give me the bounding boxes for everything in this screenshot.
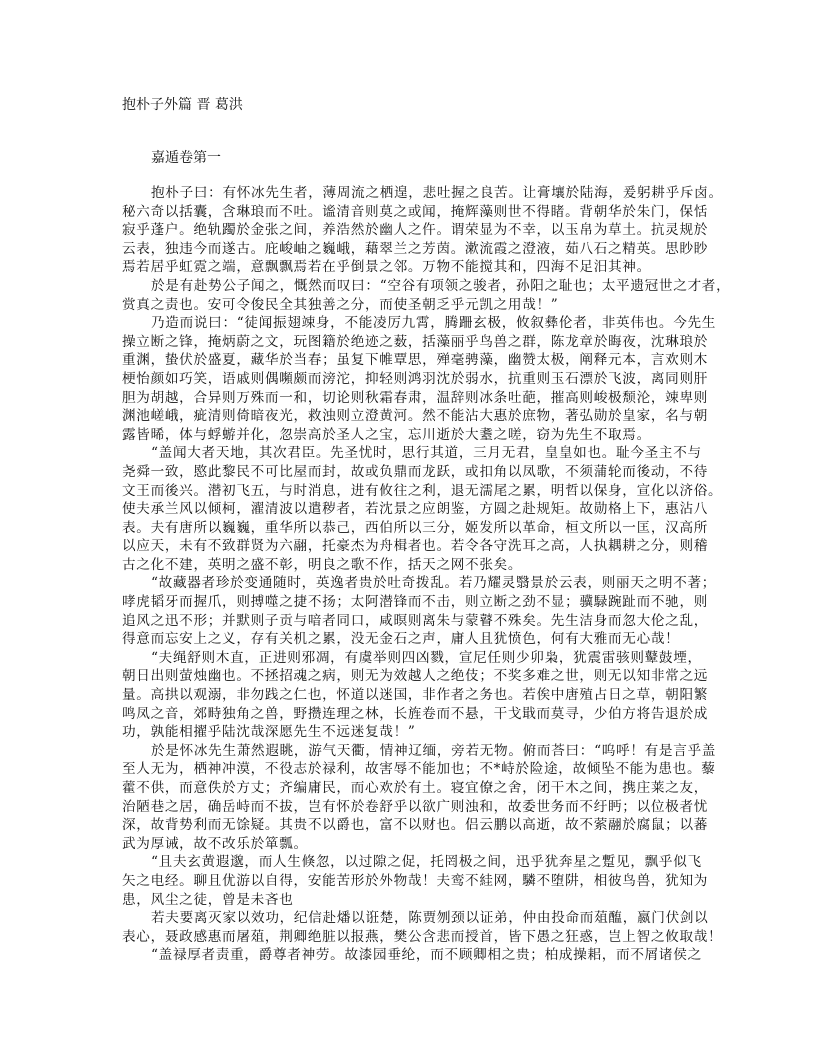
paragraph-first-line: “夫绳舒则木直，正进则邪凋，有虞举则四凶戮，宣尼任则少卯枭，犹震雷骇则鼙鼓堙， <box>122 649 702 668</box>
paragraph-first-line: 於是有赴势公子闻之，慨然而叹曰：“空谷有项领之骏者，孙阳之耻也；太平遗冠世之才者… <box>122 277 702 296</box>
paragraph-first-line: “且夫玄黄遐邈，而人生倏忽，以过隙之促，托罔极之间，迅乎犹奔星之蹔见，飘乎似飞 <box>122 853 702 872</box>
text-line: 治陋巷之居，确岳峙而不拔，岂有怀於卷舒乎以欲广则浊和，故委世务而不纡眄；以位极者… <box>122 798 702 817</box>
text-line: 赏真之责也。安可令俊民全其独善之分，而使圣朝乏乎元凯之用哉！” <box>122 296 702 315</box>
text-line: 梗怡颜如巧笑，语戚则偶嚬颇而滂沱，抑轻则鸿羽沈於弱水，抗重则玉石漂於飞波，离同则… <box>122 370 702 389</box>
text-line: 渊池嵯峨，疵清则倚暗夜光，救浊则立澄黄河。然不能沾大惠於庶物，著弘勋於皇家，名与… <box>122 407 702 426</box>
text-line: 量。高拱以观溺，非勿践之仁也，怀道以迷国，非作者之务也。若俟中唐殖占日之草，朝阳… <box>122 686 702 705</box>
text-line: 寂乎蓬户。绝轨躅於金张之间，养浩然於幽人之仵。谓荣显为不幸，以玉帛为草土。抗灵规… <box>122 221 702 240</box>
text-line: 鸣凤之音，郊畤独角之兽，野攒连理之林，长旌卷而不悬，干戈戢而莫寻，少伯方将告退於… <box>122 705 702 724</box>
paragraph-first-line: 於是怀冰先生萧然遐眺，游气天衢，情神辽缅，旁若无物。俯而荅曰：“呜呼！有是言乎盖 <box>122 742 702 761</box>
text-line: 藿不供，而意佚於方丈；齐编庸民，而心欢於有土。寝宜僚之舍，闭干木之间，携庄莱之友… <box>122 779 702 798</box>
text-line: 文王而後兴。潜初飞五，与时消息，进有攸往之利，退无濡尾之累，明哲以保身，宣化以济… <box>122 482 702 501</box>
paragraph-first-line: 抱朴子曰：有怀冰先生者，薄周流之栖遑，悲吐握之良苦。让膏壤於陆海，爰躬耕乎斥卤。 <box>122 184 702 203</box>
text-line: 露皆晞，体与蜉蝣并化，忽崇高於圣人之宝，忘川逝於大耋之嗟，窃为先生不取焉。 <box>122 426 702 445</box>
text-line: 重渊，蛰伏於盛夏，藏华於当春；虽复下帷覃思，殚毫骋藻，幽赞太极，阐释元本，言欢则… <box>122 351 702 370</box>
text-line: 秘六奇以括囊，含琳琅而不吐。谧清音则莫之或闻，掩辉藻则世不得睹。背朝华於朱门，保… <box>122 203 702 222</box>
text-line: 深，故背势利而无馀疑。其贵不以爵也，富不以财也。侣云鹏以高逝，故不萦翮於腐鼠；以… <box>122 816 702 835</box>
text-line: 表。夫有唐所以巍巍，重华所以恭己，西伯所以三分，姬发所以革命，桓文所以一匡，汉高… <box>122 519 702 538</box>
document-page: 抱朴子外篇 晋 葛洪 嘉遁卷第一 抱朴子曰：有怀冰先生者，薄周流之栖遑，悲吐握之… <box>0 0 816 1056</box>
text-line: 操立断之锋，掩炳蔚之文，玩图籍於绝迹之薮，括藻丽乎鸟兽之群，陈龙章於晦夜，沈琳琅… <box>122 333 702 352</box>
text-line: 云表，独违今而遂古。庇峻岫之巍峨，藉翠兰之芳茵。漱流霞之澄液，茹八石之精英。思眇… <box>122 240 702 259</box>
paragraph-first-line: 若夫要离灭家以效功，纪信赴燔以诳楚，陈贾刎颈以证弟，仲由投命而葅醢，嬴门伏剑以 <box>122 909 702 928</box>
text-line: 朝日出则萤烛幽也。不拯招魂之病，则无为效越人之绝伎；不奖多难之世，则无以知非常之… <box>122 667 702 686</box>
text-line: 至人无为，栖神冲漠，不役志於禄利，故害辱不能加也；不*峙於险途，故倾坠不能为患也… <box>122 760 702 779</box>
text-line: 得意而忘安上之义，存有关机之累，没无金石之声，庸人且犹愤色，何有大雅而无心哉！ <box>122 630 702 649</box>
text-line: 胆为胡越，合异则万殊而一和，切论则秋霜春肃，温辞则冰条吐葩，摧高则峻极颓沦，竦卑… <box>122 389 702 408</box>
paragraph-first-line: “盖禄厚者责重，爵尊者神劳。故漆园垂纶，而不顾卿相之贵；柏成操耜，而不屑诸侯之 <box>122 946 702 965</box>
document-title: 抱朴子外篇 晋 葛洪 <box>122 96 243 114</box>
section-heading: 嘉遁卷第一 <box>151 149 221 167</box>
text-line: 焉若居乎虹霓之端，意飘飘焉若在乎倒景之邻。万物不能搅其和，四海不足汨其神。 <box>122 258 702 277</box>
paragraph-first-line: 乃造而说曰：“徒闻振翅竦身，不能凌厉九霄，腾跚玄极，攸叙彝伦者，非英伟也。今先生 <box>122 314 702 333</box>
paragraph-first-line: “盖闻大者天地，其次君臣。先圣忧时，思行其道，三月无君，皇皇如也。耻今圣主不与 <box>122 444 702 463</box>
text-line: 古之化不建，英明之盛不彰，明良之歌不作，括天之网不张矣。 <box>122 556 702 575</box>
text-line: 武为厚诫，故不改乐於箪瓢。 <box>122 835 702 854</box>
text-line: 尧舜一致，愍此黎民不可比屋而封，故或负鼎而龙跃，或扣角以凤歌，不须蒲轮而後动，不… <box>122 463 702 482</box>
text-line: 以应天，未有不致群贤为六翮，托豪杰为舟楫者也。若令各守洗耳之高，人执耦耕之分，则… <box>122 537 702 556</box>
text-line: 表心，聂政感惠而屠葅，荆卿绝脏以报燕，樊公含悲而授首，皆下愚之狂惑，岂上智之攸取… <box>122 928 702 947</box>
text-line: 功，孰能相擢乎陆沈哉深愿先生不远迷复哉！” <box>122 723 702 742</box>
text-line: 使夫承兰风以倾柯，濯清波以遣秽者，若沈景之应朗鉴，方圆之赴规矩。故勋格上下，惠沾… <box>122 500 702 519</box>
paragraph-first-line: “故藏器者珍於变通随时，英逸者贵於吐奇拨乱。若乃耀灵翳景於云表，则丽天之明不著； <box>122 574 702 593</box>
text-line: 哮虎韬牙而握爪，则搏噬之捷不扬；太阿潜锋而不击，则立断之劲不显；骥騄踠趾而不驰，… <box>122 593 702 612</box>
text-line: 追风之迅不形；并默则子贡与喑者同口，咸暝则离朱与蒙瞽不殊矣。先生洁身而忽大伦之乱… <box>122 612 702 631</box>
text-line: 矢之电经。聊且优游以自得，安能苦形於外物哉！夫鸾不絓网，驎不堕阱，相彼鸟兽，犹知… <box>122 872 702 891</box>
body-text: 抱朴子曰：有怀冰先生者，薄周流之栖遑，悲吐握之良苦。让膏壤於陆海，爰躬耕乎斥卤。… <box>122 184 702 965</box>
text-line: 患，风尘之徒，曾是未吝也 <box>122 891 702 910</box>
